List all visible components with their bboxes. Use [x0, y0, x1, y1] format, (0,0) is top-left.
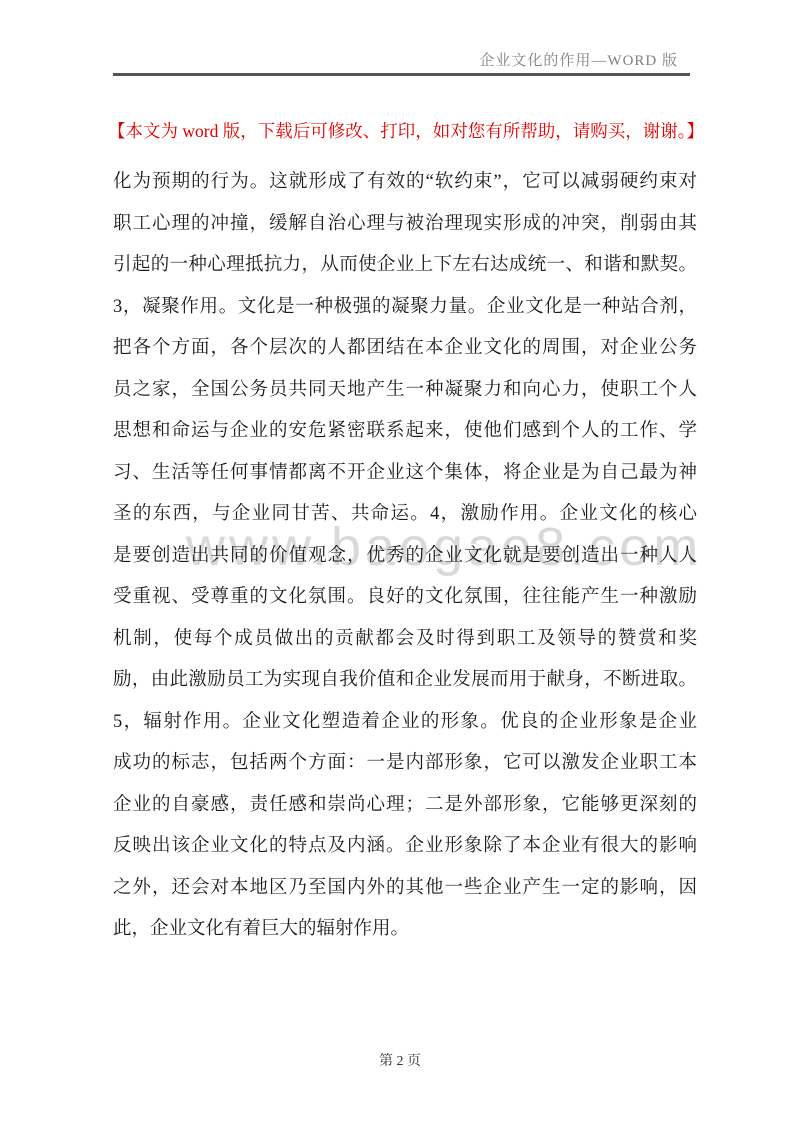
body-text-line: 圣的东西，与企业同甘苦、共命运。4，激励作用。企业文化的核心: [113, 494, 697, 536]
body-text-line: 此，企业文化有着巨大的辐射作用。: [113, 909, 697, 951]
body-text-line: 引起的一种心理抵抗力，从而使企业上下左右达成统一、和谐和默契。: [113, 245, 697, 287]
body-text-line: 之外，还会对本地区乃至国内外的其他一些企业产生一定的影响，因: [113, 868, 697, 910]
body-text-line: 5，辐射作用。企业文化塑造着企业的形象。优良的企业形象是企业: [113, 702, 697, 744]
document-header-title: 企业文化的作用—WORD 版: [113, 50, 690, 72]
body-text-line: 职工心理的冲撞，缓解自治心理与被治理现实形成的冲突，削弱由其: [113, 204, 697, 246]
document-body: 化为预期的行为。这就形成了有效的“软约束”，它可以减弱硬约束对职工心理的冲撞，缓…: [113, 162, 697, 951]
body-text-line: 励，由此激励员工为实现自我价值和企业发展而用于献身，不断进取。: [113, 660, 697, 702]
body-text-line: 思想和命运与企业的安危紧密联系起来，使他们感到个人的工作、学: [113, 411, 697, 453]
body-text-line: 机制，使每个成员做出的贡献都会及时得到职工及领导的赞赏和奖: [113, 619, 697, 661]
body-text-line: 把各个方面，各个层次的人都团结在本企业文化的周围，对企业公务: [113, 328, 697, 370]
body-text-line: 化为预期的行为。这就形成了有效的“软约束”，它可以减弱硬约束对: [113, 162, 697, 204]
body-text-line: 习、生活等任何事情都离不开企业这个集体，将企业是为自己最为神: [113, 453, 697, 495]
header-divider-rule: [113, 73, 690, 76]
purchase-notice-text: 【本文为 word 版，下载后可修改、打印，如对您有所帮助，请购买，谢谢。】: [108, 118, 692, 145]
body-text-line: 成功的标志，包括两个方面：一是内部形象，它可以激发企业职工本: [113, 743, 697, 785]
body-text-line: 反映出该企业文化的特点及内涵。企业形象除了本企业有很大的影响: [113, 826, 697, 868]
body-text-line: 受重视、受尊重的文化氛围。良好的文化氛围，往往能产生一种激励: [113, 577, 697, 619]
body-text-line: 企业的自豪感，责任感和崇尚心理；二是外部形象，它能够更深刻的: [113, 785, 697, 827]
body-text-line: 3，凝聚作用。文化是一种极强的凝聚力量。企业文化是一种站合剂，: [113, 287, 697, 329]
body-text-line: 员之家，全国公务员共同天地产生一种凝聚力和向心力，使职工个人: [113, 370, 697, 412]
page-number-footer: 第 2 页: [0, 1052, 800, 1072]
body-text-line: 是要创造出共同的价值观念，优秀的企业文化就是要创造出一种人人: [113, 536, 697, 578]
word-document-page: 企业文化的作用—WORD 版 【本文为 word 版，下载后可修改、打印，如对您…: [0, 0, 800, 1132]
